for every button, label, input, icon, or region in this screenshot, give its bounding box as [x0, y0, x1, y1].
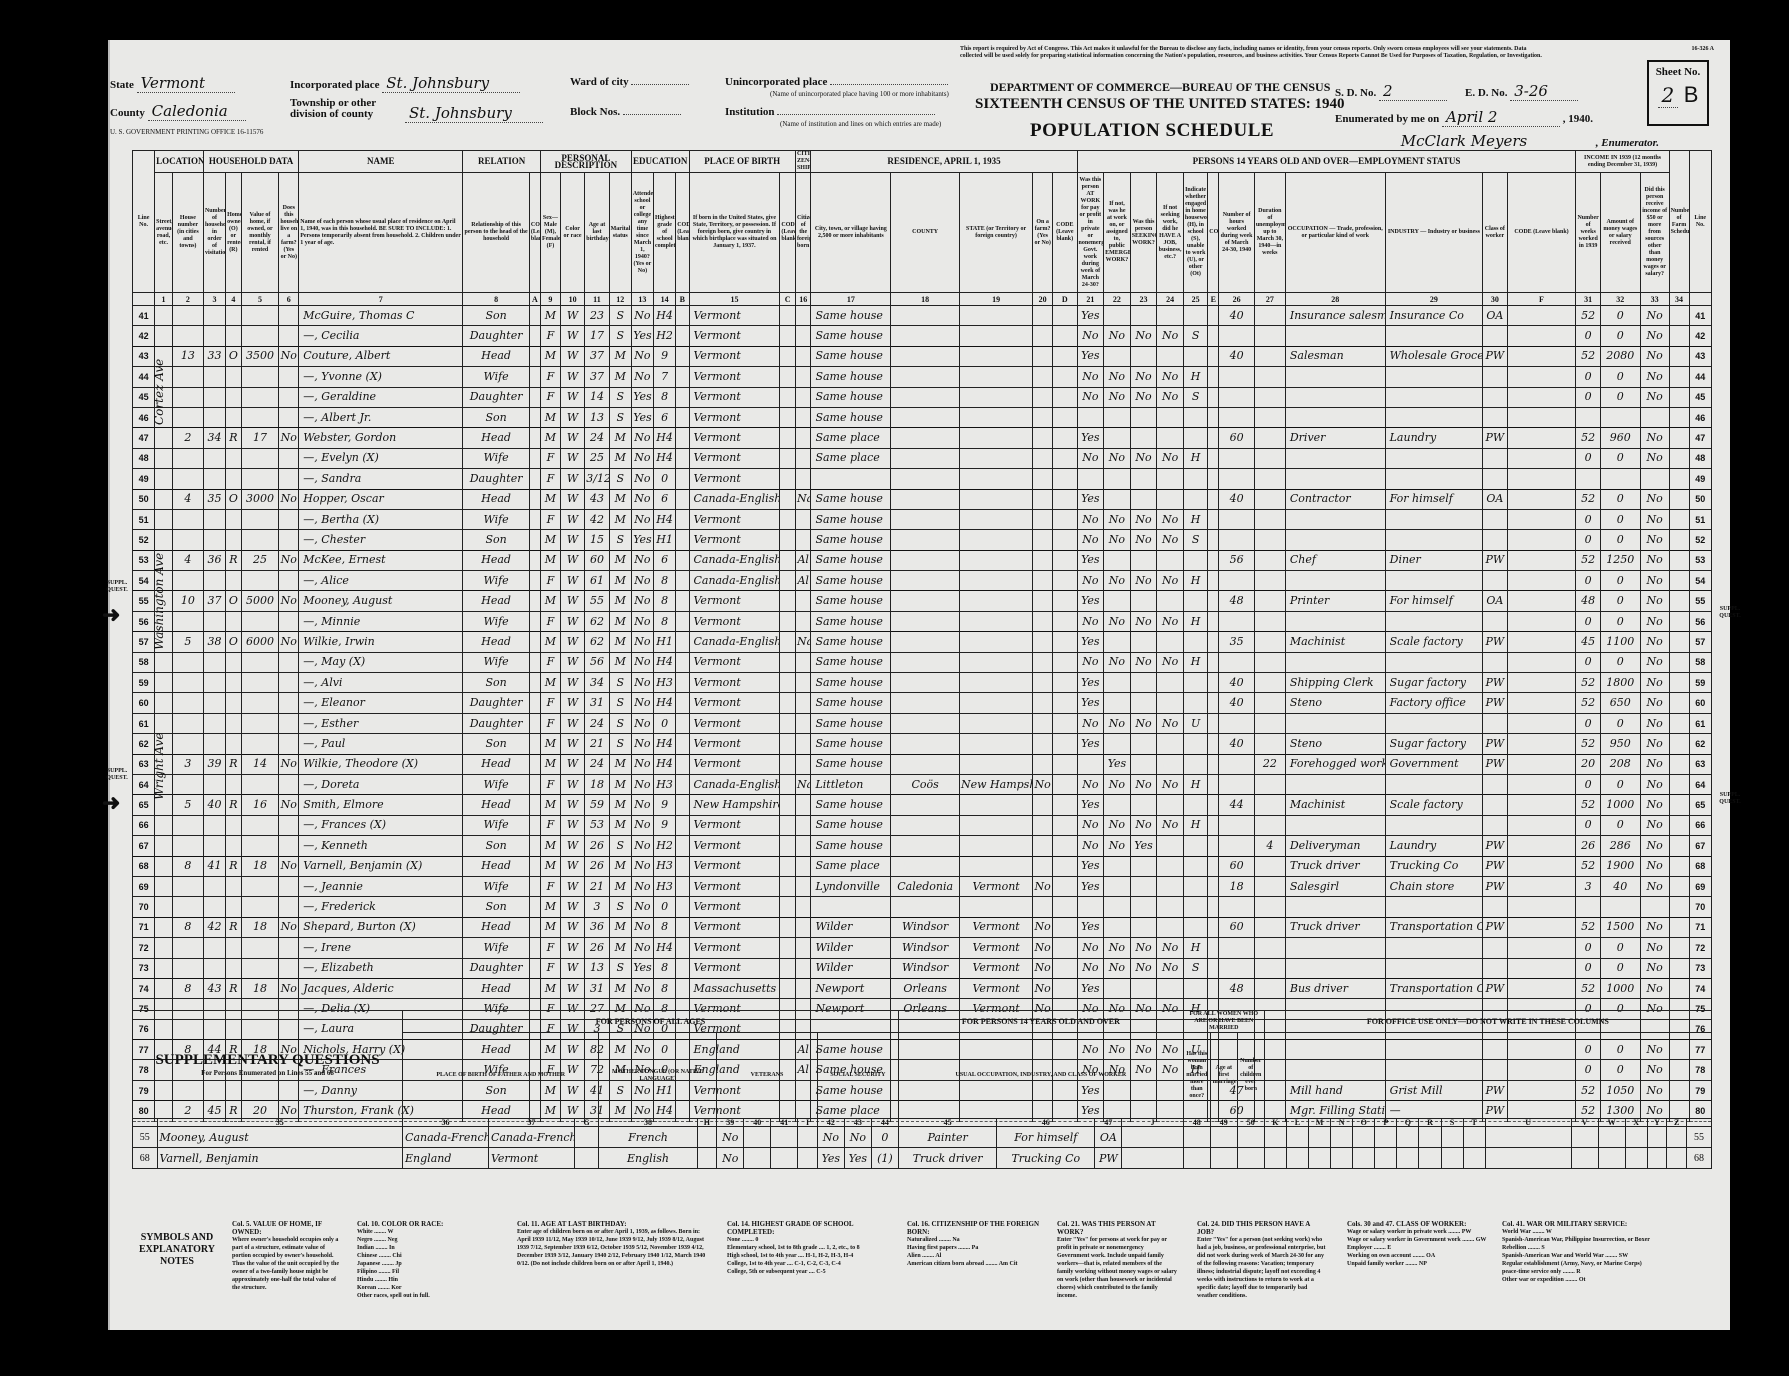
table-row: 59—, AlviSonMW34SNoH3VermontSame houseYe…	[133, 673, 1712, 693]
cell-code	[780, 917, 796, 937]
cell-code	[529, 306, 540, 326]
ed-field: E. D. No. 3-26	[1465, 82, 1578, 101]
cell-code	[1053, 632, 1077, 652]
cell-code	[676, 795, 689, 815]
cell-state	[960, 632, 1033, 652]
cell-hh: 38	[203, 632, 225, 652]
group-name: NAME	[299, 151, 463, 173]
cell-code	[780, 876, 796, 896]
cell-c21: No	[1077, 571, 1104, 591]
cell-c22	[1104, 856, 1131, 876]
cell-race: W	[560, 550, 584, 570]
cell-on-farm	[1033, 856, 1053, 876]
cell-farm	[279, 652, 299, 672]
cell-street	[155, 469, 173, 489]
column-number: 22	[1104, 293, 1131, 306]
cell-c22	[1104, 978, 1131, 998]
supp-column-number: 39	[717, 1119, 744, 1127]
column-header-row: Street, avenue, road, etc. House number …	[133, 173, 1712, 293]
cell-relation: Son	[463, 673, 530, 693]
footnote-item: Wage or salary worker in private work ..…	[1347, 1228, 1487, 1236]
cell-code	[529, 734, 540, 754]
cell-c22: No	[1104, 509, 1131, 529]
cell-wages: 0	[1600, 938, 1640, 958]
cell-c23	[1130, 897, 1157, 917]
cell-school: No	[631, 652, 653, 672]
cell-marital: M	[609, 346, 631, 366]
cell-hh	[203, 469, 225, 489]
cell-hh	[203, 367, 225, 387]
table-row: 45—, GeraldineDaughterFW14SYes8VermontSa…	[133, 387, 1712, 407]
cell-state	[960, 693, 1033, 713]
cell-weeks: 52	[1576, 978, 1600, 998]
cell-occupation	[1285, 897, 1385, 917]
cell-code	[1208, 958, 1219, 978]
cell-c26	[1219, 448, 1254, 468]
column-number: 18	[891, 293, 960, 306]
cell-age: 37	[585, 346, 609, 366]
cell-name: Jacques, Alderic	[299, 978, 463, 998]
cell-birthplace: New Hampshire	[689, 795, 780, 815]
cell-citizenship: Na	[795, 489, 811, 509]
cell-code	[529, 673, 540, 693]
cell-grade: 8	[654, 611, 676, 631]
column-number: B	[676, 293, 689, 306]
cell-school: No	[631, 428, 653, 448]
cell-age: 42	[585, 509, 609, 529]
cell-c24	[1157, 632, 1184, 652]
cell-line: 41	[133, 306, 155, 326]
cell-c25	[1183, 346, 1207, 366]
cell-c27	[1254, 856, 1285, 876]
supp-cell-code	[1397, 1127, 1419, 1148]
cell-class: PW	[1483, 978, 1507, 998]
cell-age: 24	[585, 754, 609, 774]
cell-sex: F	[540, 367, 560, 387]
cell-wages: 0	[1600, 713, 1640, 733]
population-rows: 41McGuire, Thomas CSonMW23SNoH4VermontSa…	[133, 306, 1712, 1122]
cell-c26	[1219, 530, 1254, 550]
cell-grade: H4	[654, 938, 676, 958]
cell-state	[960, 673, 1033, 693]
footnote-item: College, 1st to 4th year .... C-1, C-2, …	[727, 1260, 887, 1268]
cell-occupation	[1285, 652, 1385, 672]
table-row: 551037O5000NoMooney, AugustHeadMW55MNo8V…	[133, 591, 1712, 611]
cell-citizenship	[795, 795, 811, 815]
cell-weeks: 52	[1576, 489, 1600, 509]
cell-farm	[279, 673, 299, 693]
cell-value	[241, 469, 279, 489]
cell-owned	[226, 448, 242, 468]
cell-line: 64	[1689, 774, 1711, 794]
supp-column-number: 46	[997, 1119, 1095, 1127]
cell-line: 44	[1689, 367, 1711, 387]
cell-citizenship	[795, 938, 811, 958]
cell-weeks: 52	[1576, 734, 1600, 754]
cell-code	[1208, 652, 1219, 672]
cell-marital: M	[609, 774, 631, 794]
cell-c24: No	[1157, 509, 1184, 529]
cell-sex: F	[540, 611, 560, 631]
cell-c25	[1183, 917, 1207, 937]
cell-occupation: Steno	[1285, 693, 1385, 713]
cell-occupation	[1285, 774, 1385, 794]
column-number: 14	[654, 293, 676, 306]
cell-line: 66	[133, 815, 155, 835]
cell-code	[676, 713, 689, 733]
cell-house	[172, 469, 203, 489]
cell-c21: No	[1077, 774, 1104, 794]
cell-c27	[1254, 469, 1285, 489]
cell-occupation: Forehogged work	[1285, 754, 1385, 774]
cell-weeks: 52	[1576, 550, 1600, 570]
supp-title: SUPPLEMENTARY QUESTIONS For Persons Enum…	[133, 1011, 403, 1119]
cell-other-income: No	[1640, 387, 1669, 407]
cell-c26	[1219, 367, 1254, 387]
cell-county	[891, 387, 960, 407]
supp-cell-usual-class: OA	[1095, 1127, 1122, 1148]
cell-other-income: No	[1640, 774, 1669, 794]
cell-value: 18	[241, 856, 279, 876]
cell-c21: No	[1077, 652, 1104, 672]
cell-county: Orleans	[891, 978, 960, 998]
cell-county	[891, 673, 960, 693]
cell-code	[676, 632, 689, 652]
cell-code	[676, 387, 689, 407]
cell-code	[1208, 713, 1219, 733]
cell-hh	[203, 509, 225, 529]
cell-code	[1208, 469, 1219, 489]
cell-owned: O	[226, 632, 242, 652]
cell-school: No	[631, 754, 653, 774]
note-col24: Col. 24. DID THIS PERSON HAVE A JOB? Ent…	[1197, 1220, 1327, 1300]
cell-citizenship	[795, 754, 811, 774]
cell-street	[155, 876, 173, 896]
cell-marital: M	[609, 611, 631, 631]
cell-age: 62	[585, 632, 609, 652]
supp-cell-code	[771, 1127, 798, 1148]
cell-weeks: 0	[1576, 571, 1600, 591]
table-row: 69—, JeannieWifeFW21MNoH3VermontLyndonvi…	[133, 876, 1712, 896]
cell-value	[241, 530, 279, 550]
supp-cell-code	[1647, 1127, 1667, 1148]
cell-hh	[203, 693, 225, 713]
cell-on-farm	[1033, 713, 1053, 733]
cell-name: Couture, Albert	[299, 346, 463, 366]
cell-occupation	[1285, 530, 1385, 550]
cell-code	[1053, 795, 1077, 815]
cell-city: Same house	[811, 387, 891, 407]
cell-birthplace: Vermont	[689, 448, 780, 468]
cell-value	[241, 571, 279, 591]
cell-house: 4	[172, 489, 203, 509]
cell-other-income: No	[1640, 530, 1669, 550]
cell-wages: 0	[1600, 652, 1640, 672]
cell-code	[1053, 693, 1077, 713]
cell-industry: Chain store	[1385, 876, 1483, 896]
supp-cell-name: Mooney, August	[157, 1127, 402, 1148]
cell-code	[1208, 346, 1219, 366]
cell-grade: H4	[654, 754, 676, 774]
cell-weeks: 26	[1576, 836, 1600, 856]
cell-house: 2	[172, 428, 203, 448]
cell-relation: Son	[463, 407, 530, 427]
cell-on-farm	[1033, 693, 1053, 713]
supp-column-number: V	[1571, 1119, 1598, 1127]
cell-school: No	[631, 978, 653, 998]
cell-weeks: 0	[1576, 509, 1600, 529]
cell-school: Yes	[631, 958, 653, 978]
cell-hh	[203, 326, 225, 346]
cell-state	[960, 489, 1033, 509]
cell-industry	[1385, 652, 1483, 672]
cell-code	[780, 978, 796, 998]
cell-c27	[1254, 652, 1285, 672]
cell-line: 60	[1689, 693, 1711, 713]
cell-wages: 0	[1600, 530, 1640, 550]
cell-relation: Wife	[463, 571, 530, 591]
cell-code	[780, 795, 796, 815]
cell-state	[960, 754, 1033, 774]
cell-house	[172, 734, 203, 754]
cell-code	[676, 571, 689, 591]
cell-weeks: 0	[1576, 448, 1600, 468]
cell-code	[1053, 754, 1077, 774]
cell-race: W	[560, 856, 584, 876]
table-row: 73—, ElizabethDaughterFW13SYes8VermontWi…	[133, 958, 1712, 978]
cell-code	[529, 693, 540, 713]
cell-farm	[279, 571, 299, 591]
cell-race: W	[560, 489, 584, 509]
cell-city: Same house	[811, 550, 891, 570]
cell-c27	[1254, 591, 1285, 611]
cell-house	[172, 876, 203, 896]
cell-birthplace: Canada-English	[689, 550, 780, 570]
cell-line: 41	[1689, 306, 1711, 326]
cell-c22	[1104, 346, 1131, 366]
cell-c23	[1130, 795, 1157, 815]
cell-hh	[203, 611, 225, 631]
cell-sex: F	[540, 469, 560, 489]
cell-c21: No	[1077, 611, 1104, 631]
cell-race: W	[560, 387, 584, 407]
cell-name: —, Frederick	[299, 897, 463, 917]
cell-on-farm	[1033, 448, 1053, 468]
cell-code	[1669, 774, 1689, 794]
cell-birthplace: Vermont	[689, 326, 780, 346]
cell-code	[529, 938, 540, 958]
cell-code	[1669, 326, 1689, 346]
cell-c25: H	[1183, 774, 1207, 794]
cell-code	[529, 774, 540, 794]
cell-name: McKee, Ernest	[299, 550, 463, 570]
cell-race: W	[560, 713, 584, 733]
cell-c26	[1219, 509, 1254, 529]
cell-weeks: 0	[1576, 938, 1600, 958]
cell-city: Lyndonville	[811, 876, 891, 896]
note-col16: Col. 16. CITIZENSHIP OF THE FOREIGN BORN…	[907, 1220, 1042, 1268]
institution-note: (Name of institution and lines on which …	[780, 120, 941, 128]
cell-relation: Wife	[463, 509, 530, 529]
cell-relation: Daughter	[463, 713, 530, 733]
column-number: 12	[609, 293, 631, 306]
cell-line: 59	[133, 673, 155, 693]
cell-hh	[203, 734, 225, 754]
cell-c26	[1219, 713, 1254, 733]
cell-code	[780, 897, 796, 917]
cell-school: No	[631, 917, 653, 937]
cell-code	[1669, 795, 1689, 815]
cell-sex: M	[540, 632, 560, 652]
cell-age: 3	[585, 897, 609, 917]
cell-other-income: No	[1640, 448, 1669, 468]
cell-on-farm	[1033, 591, 1053, 611]
cell-c21: No	[1077, 938, 1104, 958]
cell-class: OA	[1483, 489, 1507, 509]
cell-c23	[1130, 346, 1157, 366]
cell-house	[172, 815, 203, 835]
cell-age: 17	[585, 326, 609, 346]
cell-code	[529, 897, 540, 917]
supp-column-number: Q	[1397, 1119, 1419, 1127]
cell-street	[155, 958, 173, 978]
cell-code	[676, 428, 689, 448]
footnote-item: Elementary school, 1st to 8th grade ....…	[727, 1244, 887, 1252]
cell-name: —, Irene	[299, 938, 463, 958]
cell-grade: H4	[654, 652, 676, 672]
supp-cell-code	[1667, 1148, 1687, 1169]
cell-industry	[1385, 571, 1483, 591]
cell-birthplace: Vermont	[689, 856, 780, 876]
cell-c24	[1157, 306, 1184, 326]
cell-marital: M	[609, 428, 631, 448]
cell-c21	[1077, 407, 1104, 427]
cell-c26	[1219, 815, 1254, 835]
cell-grade: H4	[654, 509, 676, 529]
supplementary-rows: 55Mooney, AugustCanada-FrenchCanada-Fren…	[133, 1127, 1712, 1169]
cell-house	[172, 774, 203, 794]
cell-county	[891, 897, 960, 917]
cell-other-income: No	[1640, 550, 1669, 570]
cell-weeks: 52	[1576, 917, 1600, 937]
cell-c26	[1219, 652, 1254, 672]
group-personal: PERSONAL DESCRIPTION	[540, 151, 631, 173]
supp-column-number: 41	[771, 1119, 798, 1127]
supp-cell-code	[1331, 1127, 1353, 1148]
cell-code	[676, 673, 689, 693]
cell-name: —, May (X)	[299, 652, 463, 672]
cell-weeks: 0	[1576, 713, 1600, 733]
cell-class: PW	[1483, 673, 1507, 693]
cell-c24	[1157, 428, 1184, 448]
cell-code	[1669, 958, 1689, 978]
cell-c25	[1183, 591, 1207, 611]
supp-cell-code	[697, 1148, 717, 1169]
cell-c23: No	[1130, 530, 1157, 550]
cell-school: No	[631, 591, 653, 611]
cell-code	[1507, 448, 1576, 468]
cell-c25: S	[1183, 326, 1207, 346]
explanatory-notes: SYMBOLS AND EXPLANATORY NOTES Col. 5. VA…	[132, 1220, 1712, 1320]
cell-birthplace: Vermont	[689, 958, 780, 978]
cell-other-income: No	[1640, 509, 1669, 529]
cell-occupation: Driver	[1285, 428, 1385, 448]
cell-race: W	[560, 448, 584, 468]
cell-c25	[1183, 897, 1207, 917]
cell-county	[891, 469, 960, 489]
group-education: EDUCATION	[631, 151, 689, 173]
cell-c23: No	[1130, 448, 1157, 468]
cell-name: Webster, Gordon	[299, 428, 463, 448]
cell-farm	[279, 448, 299, 468]
cell-line: 65	[1689, 795, 1711, 815]
cell-on-farm	[1033, 673, 1053, 693]
cell-street	[155, 938, 173, 958]
supp-cell-code	[1264, 1148, 1286, 1169]
cell-farm	[279, 509, 299, 529]
cell-wages: 650	[1600, 693, 1640, 713]
cell-on-farm: No	[1033, 938, 1053, 958]
cell-code	[1507, 632, 1576, 652]
cell-c26: 40	[1219, 306, 1254, 326]
table-row: 57538O6000NoWilkie, IrwinHeadMW62MNoH1Ca…	[133, 632, 1712, 652]
cell-c21: Yes	[1077, 795, 1104, 815]
cell-code	[1507, 469, 1576, 489]
cell-school: No	[631, 693, 653, 713]
cell-sex: M	[540, 673, 560, 693]
cell-birthplace: Vermont	[689, 387, 780, 407]
supp-column-number: 44	[871, 1119, 898, 1127]
cell-street	[155, 815, 173, 835]
cell-wages	[1600, 469, 1640, 489]
footnote-item: Other war or expedition ........ Ot	[1502, 1276, 1652, 1284]
cell-relation: Head	[463, 346, 530, 366]
cell-c26: 60	[1219, 917, 1254, 937]
supp-cell-code	[1598, 1148, 1625, 1169]
cell-occupation: Steno	[1285, 734, 1385, 754]
cell-grade: 6	[654, 550, 676, 570]
cell-c27	[1254, 346, 1285, 366]
supp-column-number: 47	[1095, 1119, 1122, 1127]
cell-birthplace: Vermont	[689, 938, 780, 958]
cell-birthplace: Vermont	[689, 673, 780, 693]
cell-house	[172, 652, 203, 672]
col-line: Line No.	[133, 151, 155, 293]
cell-c26	[1219, 387, 1254, 407]
cell-citizenship	[795, 713, 811, 733]
cell-farm: No	[279, 754, 299, 774]
cell-value	[241, 876, 279, 896]
cell-other-income: No	[1640, 346, 1669, 366]
cell-other-income	[1640, 469, 1669, 489]
cell-code	[1208, 550, 1219, 570]
ed-value: 3-26	[1510, 82, 1578, 101]
cell-marital: M	[609, 509, 631, 529]
cell-marital: M	[609, 815, 631, 835]
column-number: 17	[811, 293, 891, 306]
cell-on-farm	[1033, 489, 1053, 509]
cell-marital: S	[609, 469, 631, 489]
cell-race: W	[560, 978, 584, 998]
cell-wages: 0	[1600, 591, 1640, 611]
cell-grade: 8	[654, 958, 676, 978]
cell-state	[960, 448, 1033, 468]
supp-cell-tongue: English	[599, 1148, 697, 1169]
cell-sex: F	[540, 938, 560, 958]
cell-code	[1669, 713, 1689, 733]
cell-city: Same house	[811, 652, 891, 672]
cell-age: 59	[585, 795, 609, 815]
